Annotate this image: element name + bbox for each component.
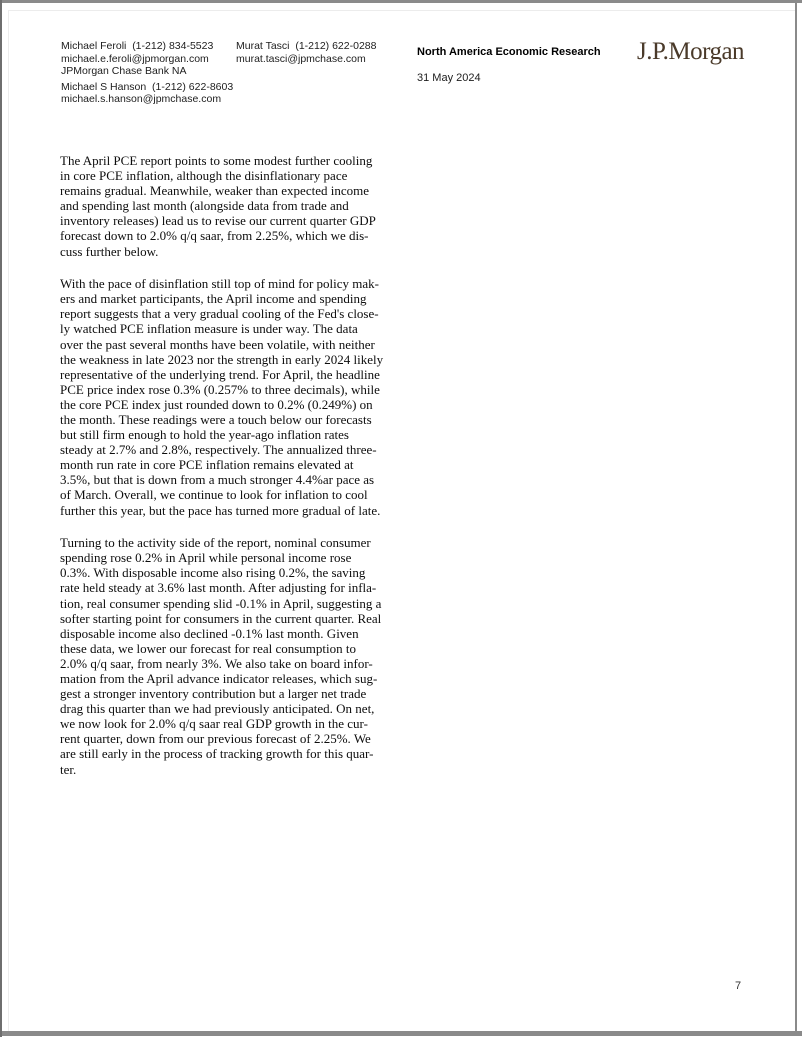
text-line: the month. These readings were a touch b… [60, 412, 420, 427]
text-line: ly watched PCE inflation measure is unde… [60, 321, 420, 336]
text-line: 2.0% q/q saar, from nearly 3%. We also t… [60, 656, 420, 671]
page-number: 7 [731, 980, 745, 992]
pdf-page: { "header": { "contacts_left_primary": [… [0, 0, 802, 1037]
text-line: Turning to the activity side of the repo… [60, 535, 420, 550]
text-line: are still early in the process of tracki… [60, 746, 420, 761]
document-body-text: The April PCE report points to some mode… [60, 153, 420, 794]
text-line: the core PCE index just rounded down to … [60, 397, 420, 412]
contact-line: JPMorgan Chase Bank NA [61, 65, 233, 78]
contact-line: murat.tasci@jpmchase.com [236, 53, 376, 66]
jpmorgan-logo: J.P.Morgan [637, 38, 744, 66]
text-line: tion, real consumer spending slid -0.1% … [60, 596, 420, 611]
report-date: 31 May 2024 [417, 72, 481, 84]
text-line: these data, we lower our forecast for re… [60, 641, 420, 656]
left-edge-strip [0, 0, 2, 1037]
text-line: representative of the underlying trend. … [60, 367, 420, 382]
text-line: but still firm enough to hold the year-a… [60, 427, 420, 442]
contact-line: Michael S Hanson (1-212) 622-8603 [61, 81, 233, 94]
contact-line: michael.e.feroli@jpmorgan.com [61, 53, 233, 66]
text-line: ter. [60, 762, 420, 777]
text-line: remains gradual. Meanwhile, weaker than … [60, 183, 420, 198]
text-line: drag this quarter than we had previously… [60, 701, 420, 716]
text-line: forecast down to 2.0% q/q saar, from 2.2… [60, 228, 420, 243]
text-line: of March. Overall, we continue to look f… [60, 487, 420, 502]
text-line: ers and market participants, the April i… [60, 291, 420, 306]
text-line: over the past several months have been v… [60, 337, 420, 352]
paragraph: With the pace of disinflation still top … [60, 276, 420, 518]
text-line: PCE price index rose 0.3% (0.257% to thr… [60, 382, 420, 397]
text-line: steady at 2.7% and 2.8%, respectively. T… [60, 442, 420, 457]
paragraph: The April PCE report points to some mode… [60, 153, 420, 259]
text-line: rate held steady at 3.6% last month. Aft… [60, 580, 420, 595]
text-line: and spending last month (alongside data … [60, 198, 420, 213]
text-line: in core PCE inflation, although the disi… [60, 168, 420, 183]
text-line: further this year, but the pace has turn… [60, 503, 420, 518]
text-line: 0.3%. With disposable income also rising… [60, 565, 420, 580]
top-edge-bar [0, 0, 802, 3]
text-line: softer starting point for consumers in t… [60, 611, 420, 626]
text-line: we now look for 2.0% q/q saar real GDP g… [60, 716, 420, 731]
page-border-top [8, 10, 795, 11]
text-line: With the pace of disinflation still top … [60, 276, 420, 291]
contact-block-left: Michael Feroli (1-212) 834-5523michael.e… [61, 40, 233, 106]
text-line: the weakness in late 2023 nor the streng… [60, 352, 420, 367]
text-line: month run rate in core PCE inflation rem… [60, 457, 420, 472]
text-line: report suggests that a very gradual cool… [60, 306, 420, 321]
text-line: mation from the April advance indicator … [60, 671, 420, 686]
text-line: cuss further below. [60, 244, 420, 259]
contact-line: Murat Tasci (1-212) 622-0288 [236, 40, 376, 53]
page-border-left [8, 10, 9, 1031]
section-title: North America Economic Research [417, 46, 601, 58]
text-line: 3.5%, but that is down from a much stron… [60, 472, 420, 487]
text-line: inventory releases) lead us to revise ou… [60, 213, 420, 228]
bottom-edge-bar [0, 1031, 802, 1036]
text-line: The April PCE report points to some mode… [60, 153, 420, 168]
text-line: disposable income also declined -0.1% la… [60, 626, 420, 641]
contact-line: michael.s.hanson@jpmchase.com [61, 93, 233, 106]
text-line: rent quarter, down from our previous for… [60, 731, 420, 746]
text-line: gest a stronger inventory contribution b… [60, 686, 420, 701]
text-line: spending rose 0.2% in April while person… [60, 550, 420, 565]
paragraph: Turning to the activity side of the repo… [60, 535, 420, 777]
contact-block-middle: Murat Tasci (1-212) 622-0288murat.tasci@… [236, 40, 376, 65]
contact-line: Michael Feroli (1-212) 834-5523 [61, 40, 233, 53]
right-page-divider [795, 3, 797, 1031]
